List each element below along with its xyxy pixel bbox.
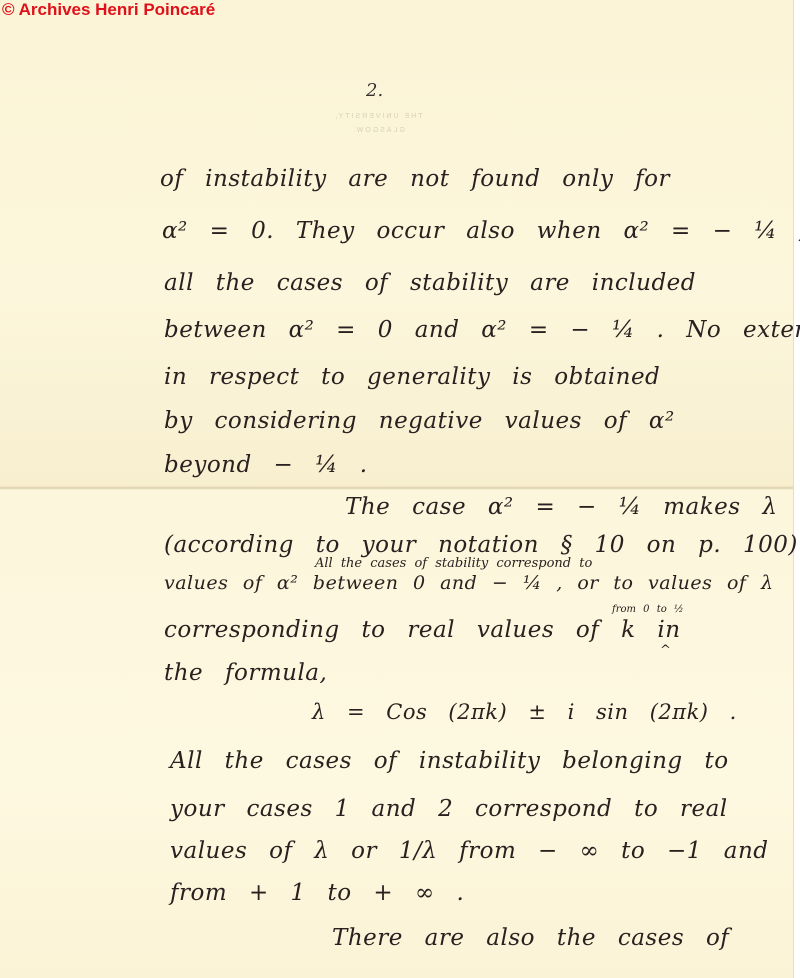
handwritten-line-8: The case α² = − ¼ makes λ = −1, bbox=[345, 494, 800, 520]
handwritten-line-15: your cases 1 and 2 correspond to real bbox=[170, 796, 728, 822]
handwritten-line-5: in respect to generality is obtained bbox=[164, 364, 660, 390]
handwritten-line-12: the formula, bbox=[164, 660, 327, 686]
handwritten-line-9: (according to your notation § 10 on p. 1… bbox=[164, 532, 800, 558]
handwritten-line-16: values of λ or 1/λ from − ∞ to −1 and bbox=[170, 838, 768, 864]
letter-page: © Archives Henri Poincaré 2. THE UNIVERS… bbox=[0, 0, 794, 978]
letterhead-stamp-line-2: GLASGOW. bbox=[278, 127, 478, 134]
interlinear-insertion-1: All the cases of stability correspond to bbox=[315, 556, 592, 571]
copyright-watermark: © Archives Henri Poincaré bbox=[2, 0, 215, 20]
handwritten-formula: λ = Cos (2πk) ± i sin (2πk) . bbox=[312, 700, 737, 724]
handwritten-line-18: There are also the cases of bbox=[332, 925, 729, 951]
handwritten-line-1: of instability are not found only for bbox=[160, 166, 670, 192]
page-number: 2. bbox=[366, 80, 383, 101]
handwritten-line-4: between α² = 0 and α² = − ¼ . No extensi… bbox=[164, 317, 800, 343]
letterhead-stamp-line-1: THE UNIVERSITY, bbox=[278, 113, 478, 120]
handwritten-line-2: α² = 0. They occur also when α² = − ¼ ; … bbox=[162, 218, 800, 244]
handwritten-line-10: values of α² between 0 and − ¼ , or to v… bbox=[164, 572, 774, 594]
handwritten-line-11: corresponding to real values of k in bbox=[164, 617, 681, 643]
handwritten-line-14: All the cases of instability belonging t… bbox=[170, 748, 729, 774]
handwritten-line-7: beyond − ¼ . bbox=[164, 452, 368, 478]
caret-insertion-mark: ^ bbox=[660, 643, 671, 658]
interlinear-insertion-2: from 0 to ½ bbox=[612, 604, 684, 615]
handwritten-line-3: all the cases of stability are included bbox=[164, 270, 696, 296]
handwritten-line-17: from + 1 to + ∞ . bbox=[170, 880, 464, 906]
handwritten-line-6: by considering negative values of α² bbox=[164, 408, 675, 434]
